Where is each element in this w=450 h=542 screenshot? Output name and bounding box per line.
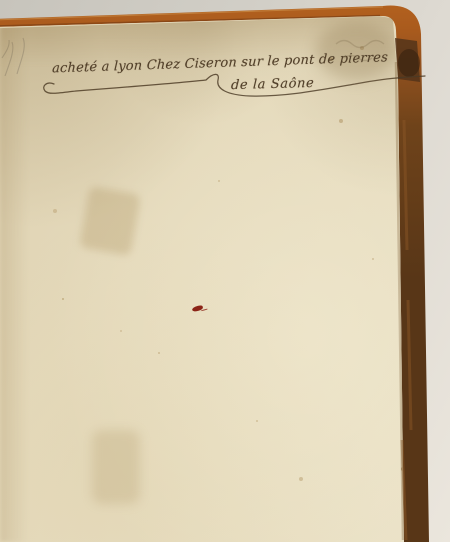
leather-dark-patch [398, 49, 420, 77]
inscription-line-2: de la Saône [231, 76, 315, 93]
paper-page [0, 16, 404, 542]
book [0, 0, 450, 542]
photo-scene: acheté a lyon Chez Ciseron sur le pont d… [0, 0, 450, 542]
